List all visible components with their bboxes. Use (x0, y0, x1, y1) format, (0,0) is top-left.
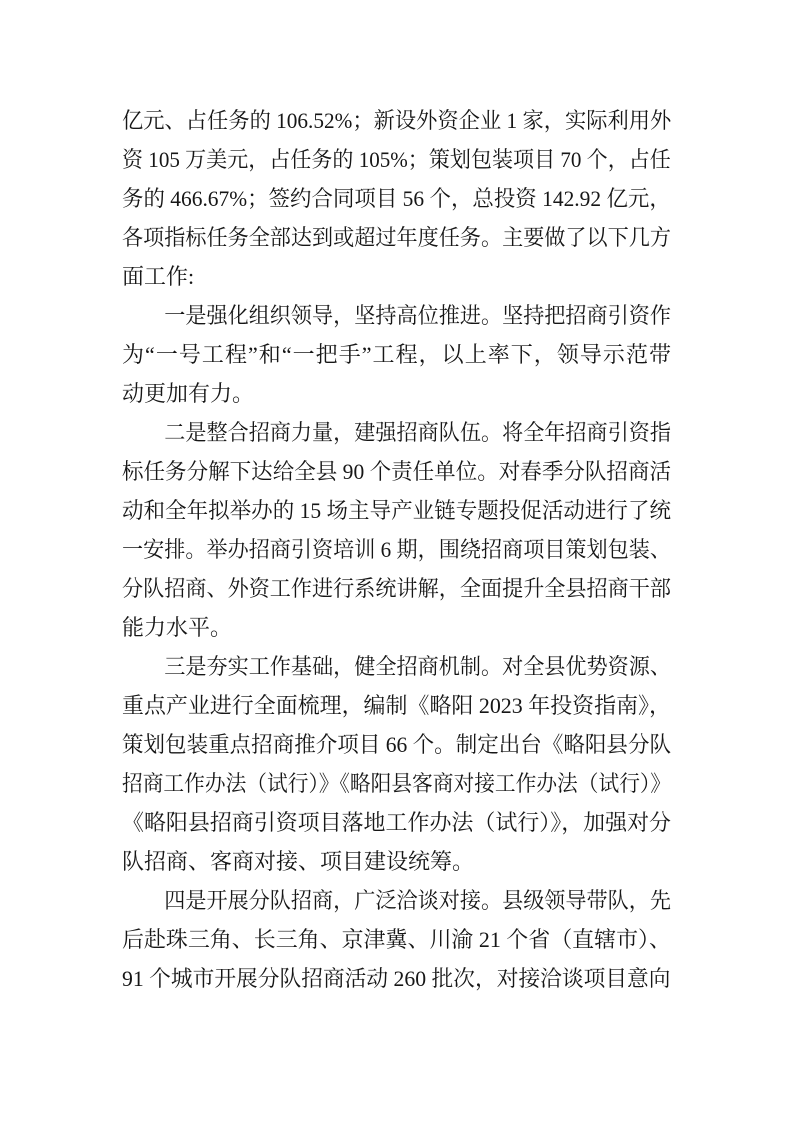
text-line: 标任务分解下达给全县 90 个责任单位。对春季分队招商活 (122, 452, 659, 491)
text-line: 资 105 万美元，占任务的 105%；策划包装项目 70 个，占任 (122, 140, 647, 179)
paragraph-overview: 亿元、占任务的 106.52%；新设外资企业 1 家，实际利用外 资 105 万… (122, 101, 671, 296)
text-line: 各项指标任务全部达到或超过年度任务。主要做了以下几方 (122, 218, 649, 257)
text-line: 动和全年拟举办的 15 场主导产业链专题投促活动进行了统 (122, 491, 659, 530)
text-line: 91 个城市开展分队招商活动 260 批次，对接洽谈项目意向 (122, 959, 664, 998)
text-line: 动更加有力。 (122, 374, 671, 413)
text-line: 策划包装重点招商推介项目 66 个。制定出台《略阳县分队 (122, 725, 659, 764)
paragraph-point-3: 三是夯实工作基础，健全招商机制。对全县优势资源、 重点产业进行全面梳理，编制《略… (122, 647, 671, 881)
text-line: 为“一号工程”和“一把手”工程，以上率下，领导示范带 (122, 335, 671, 374)
text-line: 招商工作办法（试行）》《略阳县客商对接工作办法（试行）》 (122, 764, 639, 803)
text-line: 《略阳县招商引资项目落地工作办法（试行）》，加强对分 (122, 803, 670, 842)
text-line: 队招商、客商对接、项目建设统筹。 (122, 842, 671, 881)
text-line: 重点产业进行全面梳理，编制《略阳 2023 年投资指南》， (122, 686, 670, 725)
text-line: 分队招商、外资工作进行系统讲解，全面提升全县招商干部 (122, 569, 649, 608)
paragraph-point-2: 二是整合招商力量，建强招商队伍。将全年招商引资指 标任务分解下达给全县 90 个… (122, 413, 671, 647)
paragraph-point-1: 一是强化组织领导，坚持高位推进。坚持把招商引资作 为“一号工程”和“一把手”工程… (122, 296, 671, 413)
text-line: 二是整合招商力量，建强招商队伍。将全年招商引资指 (122, 413, 649, 452)
document-body: 亿元、占任务的 106.52%；新设外资企业 1 家，实际利用外 资 105 万… (122, 101, 671, 998)
text-line: 一安排。举办招商引资培训 6 期，围绕招商项目策划包装、 (122, 530, 649, 569)
document-page: { "page": { "background": "#ffffff", "te… (0, 0, 793, 1122)
text-line: 能力水平。 (122, 608, 671, 647)
text-line: 亿元、占任务的 106.52%；新设外资企业 1 家，实际利用外 (122, 101, 653, 140)
paragraph-point-4: 四是开展分队招商，广泛洽谈对接。县级领导带队，先 后赴珠三角、长三角、京津冀、川… (122, 881, 671, 998)
text-line: 一是强化组织领导，坚持高位推进。坚持把招商引资作 (122, 296, 649, 335)
text-line: 三是夯实工作基础，健全招商机制。对全县优势资源、 (122, 647, 649, 686)
text-line: 面工作: (122, 257, 671, 296)
text-line: 后赴珠三角、长三角、京津冀、川渝 21 个省（直辖市）、 (122, 920, 670, 959)
text-line: 务的 466.67%；签约合同项目 56 个，总投资 142.92 亿元， (122, 179, 657, 218)
page: 亿元、占任务的 106.52%；新设外资企业 1 家，实际利用外 资 105 万… (0, 0, 793, 1122)
text-line: 四是开展分队招商，广泛洽谈对接。县级领导带队，先 (122, 881, 649, 920)
